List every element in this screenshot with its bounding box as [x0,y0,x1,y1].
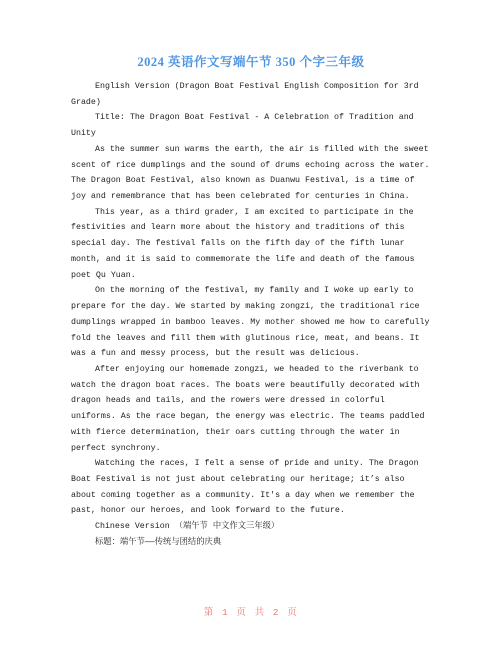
document-page: 2024 英语作文写端午节 350 个字三年级 English Version … [0,0,502,649]
paragraph: English Version (Dragon Boat Festival En… [71,79,431,110]
document-body: English Version (Dragon Boat Festival En… [71,79,431,551]
paragraph: Title: The Dragon Boat Festival - A Cele… [71,110,431,141]
paragraph: As the summer sun warms the earth, the a… [71,142,431,205]
page-number-footer: 第 1 页 共 2 页 [0,604,502,618]
paragraph: 标题：端午节——传统与团结的庆典 [71,535,431,551]
paragraph: Chinese Version （端午节 中文作文三年级） [71,519,431,535]
paragraph: This year, as a third grader, I am excit… [71,205,431,284]
document-title: 2024 英语作文写端午节 350 个字三年级 [71,54,431,70]
paragraph: After enjoying our homemade zongzi, we h… [71,362,431,456]
paragraph: Watching the races, I felt a sense of pr… [71,456,431,519]
paragraph: On the morning of the festival, my famil… [71,283,431,362]
